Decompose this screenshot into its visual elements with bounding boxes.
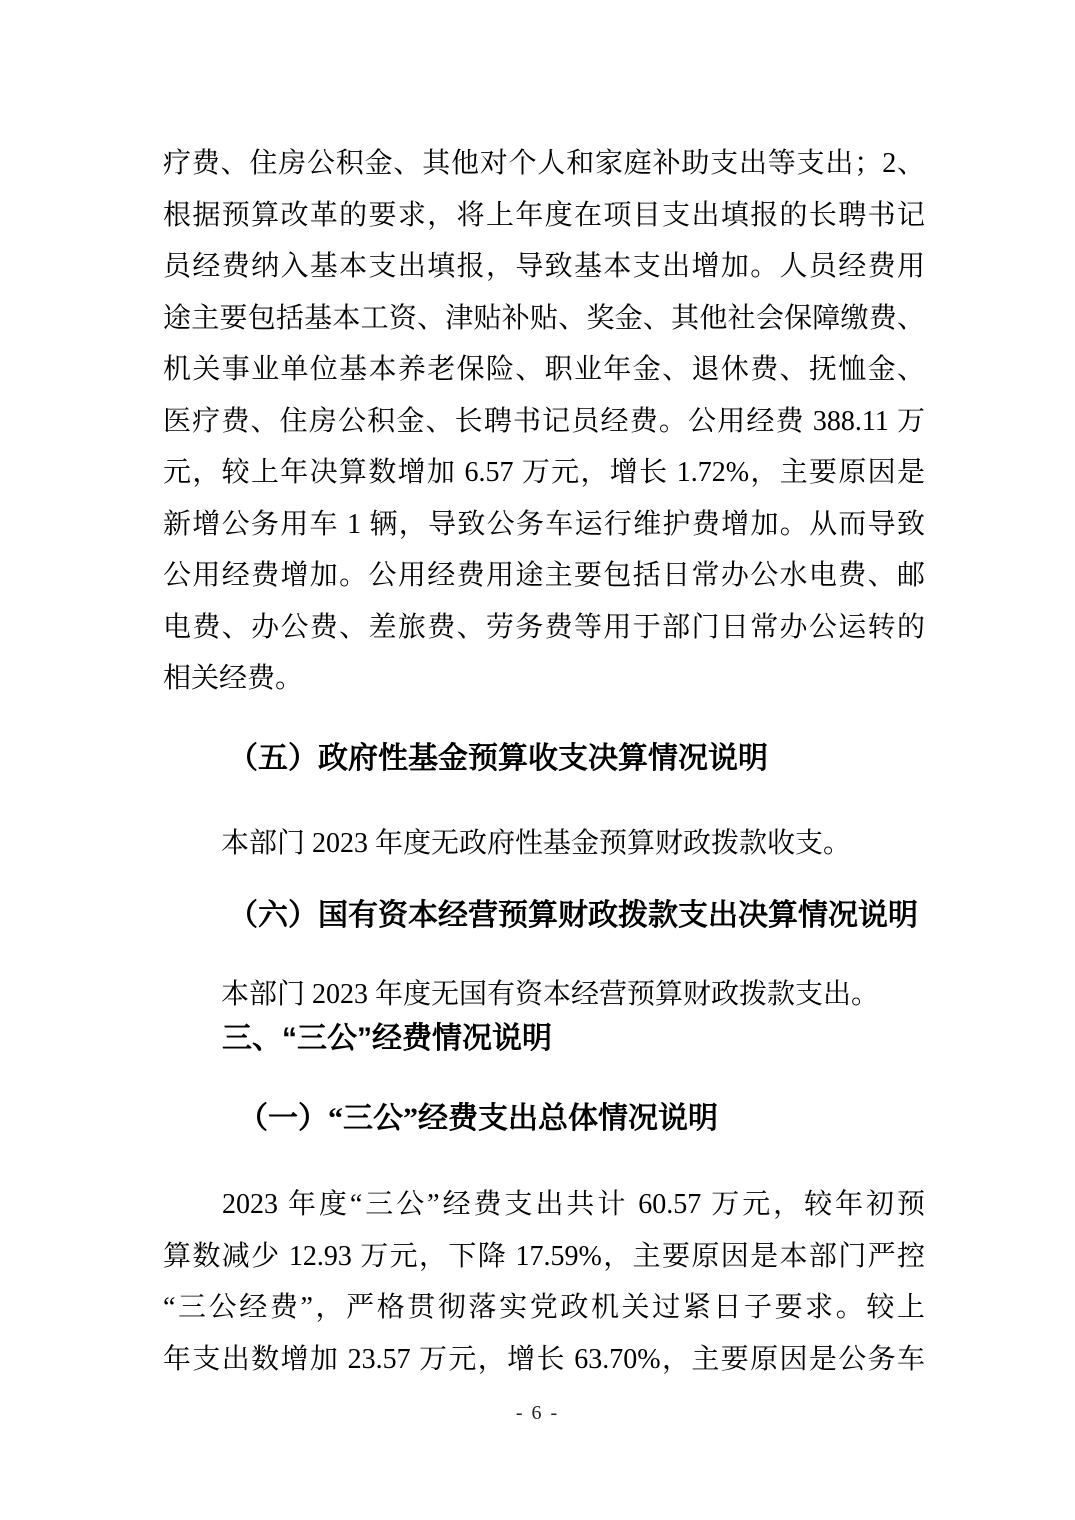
paragraph-line: 年支出数增加 23.57 万元，增长 63.70%，主要原因是公务车 — [163, 1334, 925, 1386]
paragraph-line: 疗费、住房公积金、其他对个人和家庭补助支出等支出；2、 — [163, 138, 925, 190]
paragraph-line: 途主要包括基本工资、津贴补贴、奖金、其他社会保障缴费、 — [163, 293, 925, 345]
paragraph-line: 根据预算改革的要求，将上年度在项目支出填报的长聘书记 — [163, 190, 925, 242]
paragraph-line: 2023 年度“三公”经费支出共计 60.57 万元，较年初预 — [163, 1179, 925, 1231]
paragraph-line: 公用经费增加。公用经费用途主要包括日常办公水电费、邮 — [163, 550, 925, 602]
paragraph-line: 机关事业单位基本养老保险、职业年金、退休费、抚恤金、 — [163, 344, 925, 396]
section-6-body: 本部门 2023 年度无国有资本经营预算财政拨款支出。 — [221, 969, 879, 1021]
paragraph-basic-expense: 疗费、住房公积金、其他对个人和家庭补助支出等支出；2、 根据预算改革的要求，将上… — [163, 138, 925, 705]
section-5-body: 本部门 2023 年度无政府性基金预算财政拨款收支。 — [221, 818, 851, 870]
section-6-heading: （六）国有资本经营预算财政拨款支出决算情况说明 — [228, 896, 918, 936]
section-5-heading: （五）政府性基金预算收支决算情况说明 — [228, 739, 768, 779]
paragraph-line: 新增公务用车 1 辆，导致公务车运行维护费增加。从而导致 — [163, 499, 925, 551]
paragraph-line: 算数减少 12.93 万元，下降 17.59%，主要原因是本部门严控 — [163, 1231, 925, 1283]
paragraph-sangong-expense: 2023 年度“三公”经费支出共计 60.57 万元，较年初预 算数减少 12.… — [163, 1179, 925, 1385]
paragraph-line: 元，较上年决算数增加 6.57 万元，增长 1.72%，主要原因是 — [163, 447, 925, 499]
section-three-heading: 三、“三公”经费情况说明 — [222, 1019, 552, 1059]
paragraph-line: 医疗费、住房公积金、长聘书记员经费。公用经费 388.11 万 — [163, 396, 925, 448]
paragraph-line: “三公经费”，严格贯彻落实党政机关过紧日子要求。较上 — [163, 1282, 925, 1334]
page-number: - 6 - — [0, 1402, 1075, 1425]
paragraph-line: 电费、办公费、差旅费、劳务费等用于部门日常办公运转的 — [163, 602, 925, 654]
document-page: 疗费、住房公积金、其他对个人和家庭补助支出等支出；2、 根据预算改革的要求，将上… — [0, 0, 1075, 1520]
paragraph-line: 相关经费。 — [163, 653, 925, 705]
paragraph-line: 员经费纳入基本支出填报，导致基本支出增加。人员经费用 — [163, 241, 925, 293]
section-3-1-heading: （一）“三公”经费支出总体情况说明 — [238, 1099, 718, 1139]
